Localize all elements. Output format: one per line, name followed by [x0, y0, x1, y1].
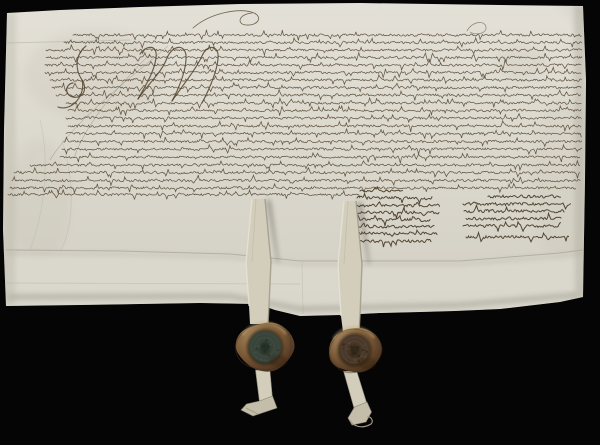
parchment-charter-photo: Photograph of a late-medieval parchment …: [0, 0, 600, 445]
wax-seal-right: [329, 327, 382, 372]
photo-frame: Photograph of a late-medieval parchment …: [0, 0, 600, 445]
